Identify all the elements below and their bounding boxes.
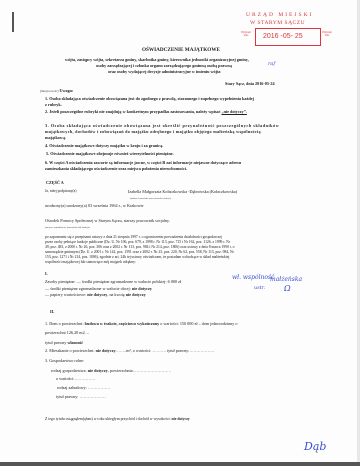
note-3-cont: majątkowych, dochodów i zobowiązań do ma… — [45, 130, 261, 134]
note-1-cont: z rubryk. — [45, 103, 62, 107]
note-header: (miejscowość) Uwaga: — [40, 89, 73, 94]
received-stamp: URZĄD MIEJSKI W STARYM SĄCZU Wpłynęło dn… — [238, 10, 334, 58]
note-3: 3. Osoba składająca oświadczenie obowiąz… — [45, 124, 279, 128]
signed-label: Ja, niżej podpisany(a) — [45, 190, 76, 194]
farm-type: rodzaj gospodarstwa: nie dotyczy, powier… — [51, 369, 171, 373]
house-area: powierzchni 126,20 m2. – — [45, 331, 89, 335]
legal-line-6: wspólności majątkowej lub stanowiące mój… — [45, 261, 136, 265]
farm-income: Z tego tytułu osiągnąłem(ęłam) w roku ub… — [45, 418, 190, 422]
note-6-cont: zamieszkania składającego oświadczenie o… — [45, 167, 187, 171]
stamp-label-right: Wpłynęło dnia — [320, 31, 334, 37]
handwritten-initials-1: Ω — [284, 284, 291, 293]
note-6: 6. W części A oświadczenia zawarte są in… — [45, 161, 241, 165]
employment-info: Ośrodek Pomocy Społecznej w Starym Sączu… — [45, 219, 170, 223]
document-page: URZĄD MIEJSKI W STARYM SĄCZU Wpłynęło dn… — [0, 0, 360, 466]
place-hint: (miejscowość) — [40, 89, 59, 93]
subtitle-line-1: wójta, zastępcy wójta, sekretarza gminy,… — [65, 58, 249, 62]
stamp-label-left: Wpłynęło dnia — [239, 31, 253, 37]
note-2-emphasis: „nie dotyczy”. — [222, 109, 247, 114]
subtitle-line-2: osoby zarządzającej i członka organu zar… — [96, 64, 232, 68]
place-date: Stary Sącz, dnia 2016-05-24 — [225, 82, 275, 86]
part-a-heading: CZĘŚĆ A — [46, 181, 64, 185]
house-title: tytuł prawny własność — [45, 341, 83, 345]
handwritten-annotation-1: wł. wspólność — [232, 274, 274, 281]
section-ii-heading: II. — [50, 310, 54, 314]
flat-line: 2. Mieszkanie o powierzchni: nie dotyczy… — [45, 349, 215, 353]
house-line: 1. Dom o powierzchni: budowa w trakcie, … — [45, 322, 238, 326]
note-3-end: majątkową. — [45, 136, 66, 140]
stamp-date-box: 2016 -05- 25 — [255, 28, 321, 46]
handwritten-annotation-3: ustr. — [254, 285, 265, 291]
farm-title: tytuł prawny: ………………. — [56, 395, 106, 399]
document-title: OŚWIADCZENIE MAJĄTKOWE — [142, 48, 220, 53]
cash-foreign: — środki pieniężne zgromadzone w walucie… — [45, 287, 152, 291]
farm-buildings: rodzaj zabudowy: ……………. — [57, 386, 110, 390]
farm-value: o wartości:…………… — [56, 377, 95, 381]
section-i-heading: I. — [45, 272, 48, 276]
employment-hint: (miejsce zatrudnienia, stanowisko lub fu… — [45, 227, 90, 229]
scan-bottom-edge — [0, 462, 360, 466]
stamp-town: W STARYM SĄCZU — [250, 20, 305, 26]
farm-heading: 3. Gospodarstwo rolne: — [45, 359, 84, 363]
note-5: 5. Oświadczenie majątkowe obejmuje równi… — [46, 152, 174, 156]
stamp-date: 2016 -05- 25 — [263, 33, 303, 40]
note-1: 1. Osoba składająca oświadczenie obowiąz… — [45, 97, 254, 101]
name-hint: (imiona i nazwisko oraz nazwisko rodowe) — [130, 198, 171, 200]
birth-info: urodzony(a) urodzony(a) 03 września 1964… — [45, 204, 144, 208]
note-4: 4. Oświadczenie majątkowe dotyczy majątk… — [45, 144, 163, 148]
securities: — papiery wartościowe: nie dotyczy, na k… — [45, 293, 146, 297]
subtitle-line-3: oraz osoby wydającej decyzje administrac… — [108, 70, 220, 74]
handwritten-mark: raf — [268, 61, 275, 67]
note-2: 2. Jeżeli poszczególne rubryki nie znajd… — [45, 110, 247, 114]
declarant-name: Izabella Małgorzata Kołaczkowska -Dąbrow… — [128, 190, 237, 194]
handwritten-annotation-2: małżeńska — [270, 276, 302, 283]
stamp-office: URZĄD MIEJSKI — [246, 12, 313, 18]
page-initials-signature: Dąb — [304, 440, 326, 453]
scan-margin-mark — [12, 12, 14, 32]
cash-pln: Zasoby pieniężne: — środki pieniężne zgr… — [45, 280, 181, 284]
note-label: Uwaga: — [60, 88, 74, 93]
